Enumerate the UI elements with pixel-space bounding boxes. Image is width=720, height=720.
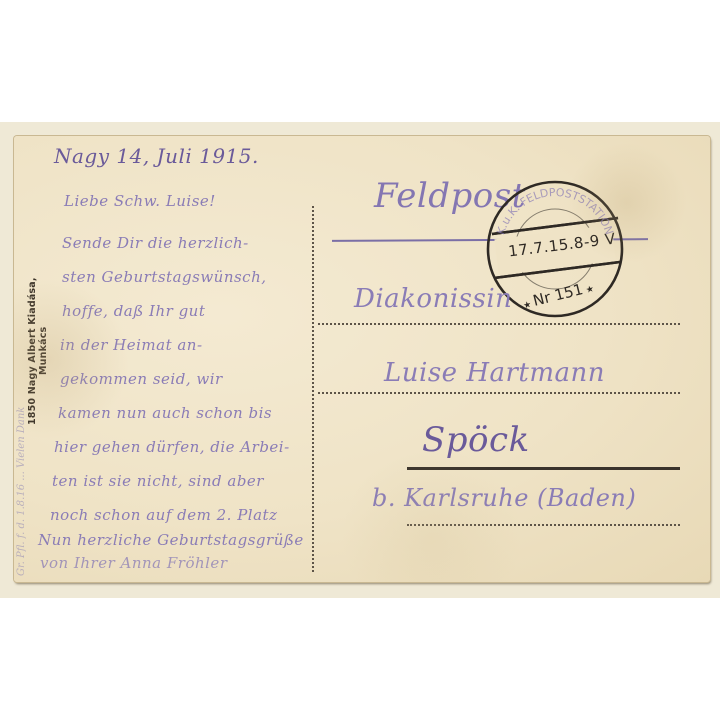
- address-line-4: [407, 524, 680, 526]
- recipient-city: b. Karlsruhe (Baden): [372, 484, 636, 512]
- letter-line: in der Heimat an-: [60, 336, 203, 354]
- address-line-2: [318, 392, 680, 394]
- address-line-3: [407, 467, 680, 470]
- letter-line: sten Geburtstagswünsch,: [62, 268, 267, 286]
- letter-line: Sende Dir die herzlich-: [62, 234, 249, 252]
- recipient-title: Diakonissin: [354, 284, 512, 314]
- letter-signature: von Ihrer Anna Fröhler: [40, 554, 227, 572]
- letter-line: gekommen seid, wir: [60, 370, 223, 388]
- letter-line: Nun herzliche Geburtstagsgrüße: [38, 531, 304, 549]
- letter-line: ten ist sie nicht, sind aber: [52, 472, 264, 490]
- postcard-divider: [312, 206, 314, 572]
- letter-line: noch schon auf dem 2. Platz: [50, 506, 277, 524]
- recipient-place: Spöck: [422, 420, 530, 460]
- letter-line: hier gehen dürfen, die Arbei-: [54, 438, 290, 456]
- star-icon: ★: [582, 284, 595, 296]
- letter-line: kamen nun auch schon bis: [58, 404, 272, 422]
- recipient-name: Luise Hartmann: [384, 358, 605, 388]
- letter-place-date: Nagy 14, Juli 1915.: [54, 144, 259, 168]
- letter-line: hoffe, daß Ihr gut: [62, 302, 205, 320]
- publisher-imprint: 1850 Nagy Albert Kiadása, Munkács: [27, 256, 41, 446]
- letter-greeting: Liebe Schw. Luise!: [64, 192, 216, 210]
- postcard: Gr. Pfl. f. d. 1.8.16 ... Vielen Dank 18…: [14, 136, 710, 582]
- address-line-1: [318, 323, 680, 325]
